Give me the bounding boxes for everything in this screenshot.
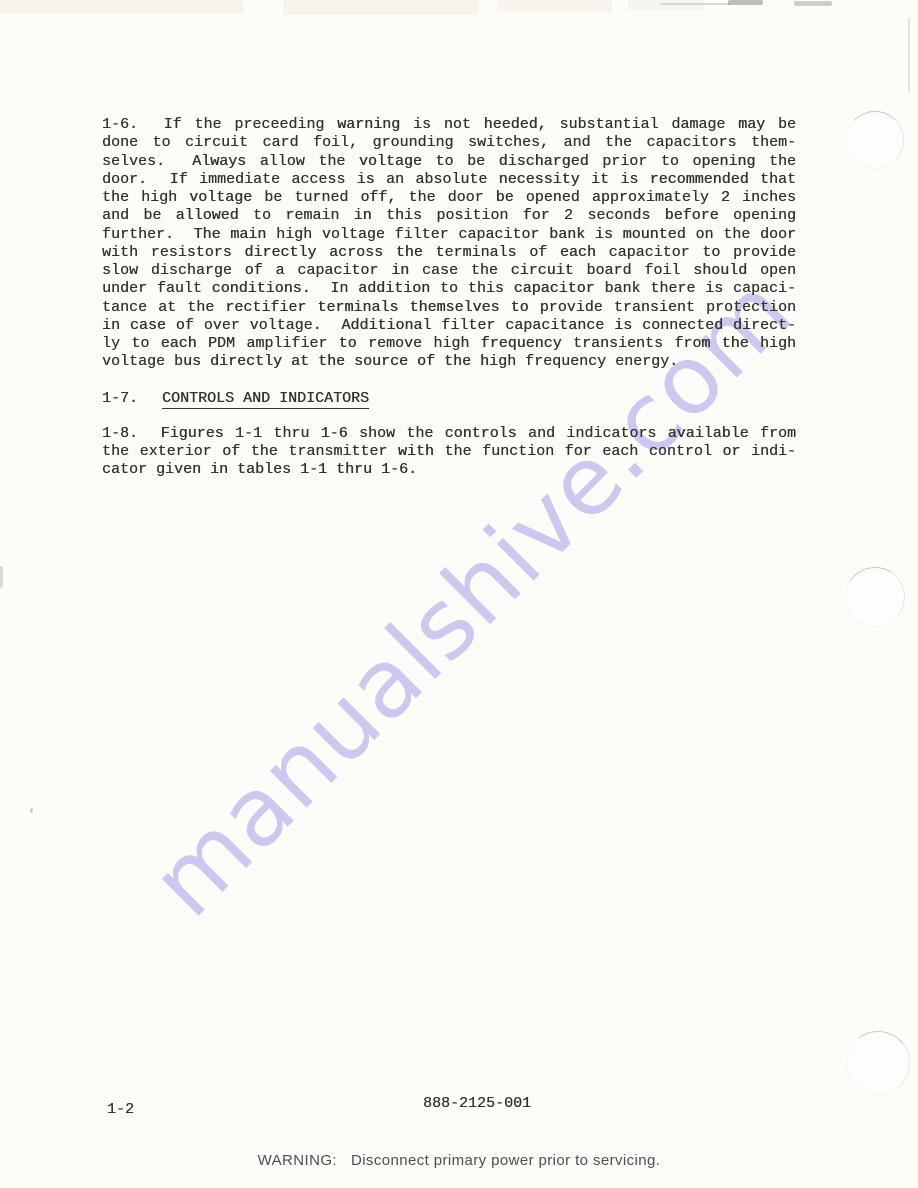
scan-speck	[30, 808, 33, 813]
page-number: 1-2	[107, 1101, 134, 1118]
text-line: door. If immediate access is an absolute…	[102, 171, 796, 189]
scan-mark	[728, 0, 763, 5]
paragraph-1-6: 1-6. If the preceeding warning is not he…	[102, 116, 796, 372]
warning-label: WARNING:	[258, 1152, 337, 1169]
text-line: done to circuit card foil, grounding swi…	[102, 134, 796, 152]
text-line: 1-6. If the preceeding warning is not he…	[102, 116, 796, 134]
text-line: ly to each PDM amplifier to remove high …	[102, 335, 796, 353]
text-line: selves. Always allow the voltage to be d…	[102, 153, 796, 171]
text-line: voltage bus directly at the source of th…	[102, 353, 796, 371]
scan-smudge	[0, 0, 243, 13]
text-line: the high voltage be turned off, the door…	[102, 189, 796, 207]
warning-text: Disconnect primary power prior to servic…	[351, 1152, 660, 1169]
scan-smudge	[283, 0, 479, 15]
section-heading-1-7: 1-7.CONTROLS AND INDICATORS	[102, 390, 796, 408]
paragraph-1-8: 1-8. Figures 1-1 thru 1-6 show the contr…	[102, 425, 796, 480]
page-content: 1-6. If the preceeding warning is not he…	[102, 116, 796, 480]
text-line: in case of over voltage. Additional filt…	[102, 317, 796, 335]
page-edge-shadow	[908, 18, 910, 93]
scan-mark	[794, 1, 832, 6]
text-line: 1-8. Figures 1-1 thru 1-6 show the contr…	[102, 425, 796, 443]
text-line: slow discharge of a capacitor in case th…	[102, 262, 796, 280]
text-line: cator given in tables 1-1 thru 1-6.	[102, 461, 796, 479]
footer-warning: WARNING:Disconnect primary power prior t…	[0, 1152, 918, 1169]
document-number: 888-2125-001	[423, 1095, 531, 1112]
scanned-manual-page: manualshive.com 1-6. If the preceeding w…	[0, 0, 918, 1188]
text-line: with resistors directly across the termi…	[102, 244, 796, 262]
text-line: under fault conditions. In addition to t…	[102, 280, 796, 298]
text-line: and be allowed to remain in this positio…	[102, 207, 796, 225]
punch-hole-top	[846, 111, 904, 169]
punch-hole-bottom	[842, 1027, 914, 1099]
heading-number: 1-7.	[102, 390, 138, 407]
page-edge-mark	[0, 566, 3, 588]
scan-smudge	[497, 0, 612, 13]
scan-smudge	[628, 0, 703, 10]
text-line: the exterior of the transmitter with the…	[102, 443, 796, 461]
scan-line-artifact	[660, 3, 730, 5]
heading-title: CONTROLS AND INDICATORS	[162, 390, 369, 409]
punch-hole-middle	[839, 561, 910, 632]
text-line: tance at the rectifier terminals themsel…	[102, 299, 796, 317]
text-line: further. The main high voltage filter ca…	[102, 226, 796, 244]
